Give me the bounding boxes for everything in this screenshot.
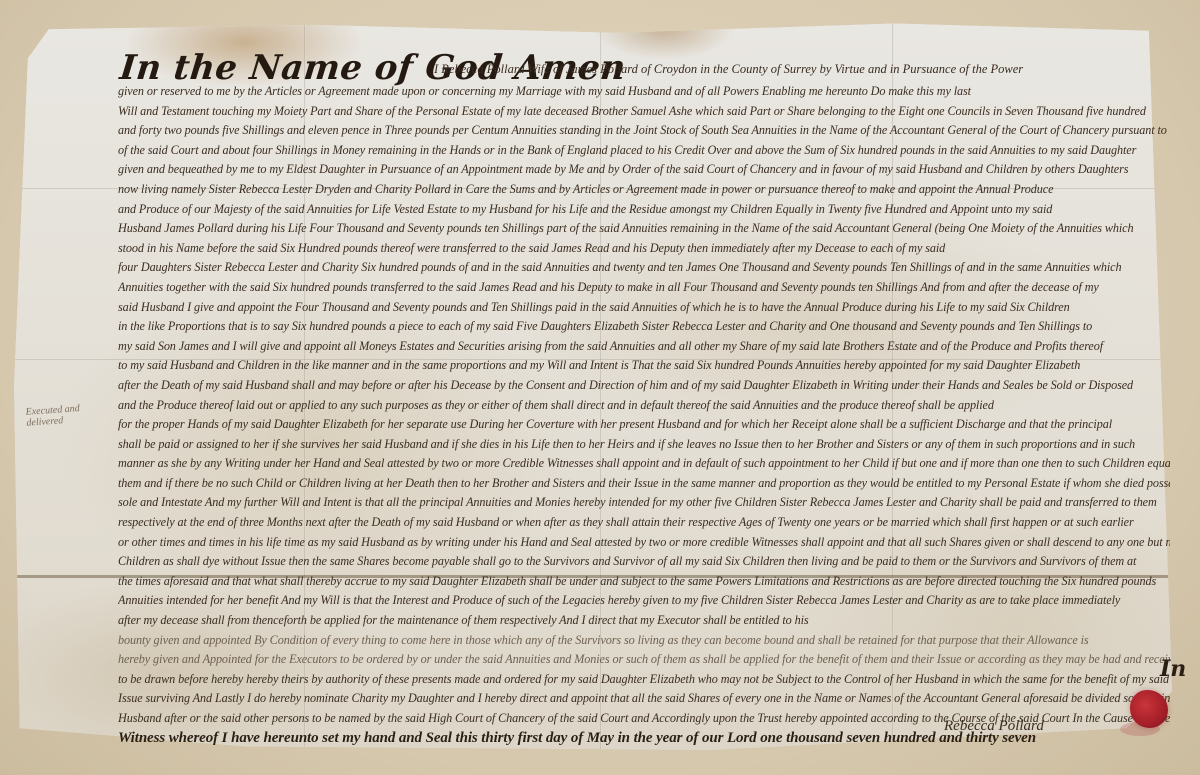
witness-clause: Witness whereof I have hereunto set my h…	[118, 730, 1036, 746]
text-line: hereby given and Appointed for the Execu…	[118, 650, 1170, 670]
text-line: after the Death of my said Husband shall…	[118, 376, 1170, 396]
text-line: to my said Husband and Children in the l…	[118, 356, 1170, 376]
text-line: Annuities together with the said Six hun…	[118, 278, 1170, 298]
text-line: shall be paid or assigned to her if she …	[118, 435, 1170, 455]
text-line: sole and Intestate And my further Will a…	[118, 493, 1170, 513]
text-line: and the Produce thereof laid out or appl…	[118, 396, 1170, 416]
wax-seal-icon	[1130, 690, 1168, 728]
text-line: four Daughters Sister Rebecca Lester and…	[118, 258, 1170, 278]
text-line: now living namely Sister Rebecca Lester …	[118, 180, 1170, 200]
opening-line: I Rebecca Pollard Wife of James Pollard …	[434, 62, 1164, 77]
text-line: and Produce of our Majesty of the said A…	[118, 200, 1170, 220]
signature: Rebecca Pollard	[944, 718, 1044, 735]
text-line: stood in his Name before the said Six Hu…	[118, 239, 1170, 259]
text-line: said Husband I give and appoint the Four…	[118, 298, 1170, 318]
text-line: my said Son James and I will give and ap…	[118, 337, 1170, 357]
text-line: of the said Court and about four Shillin…	[118, 141, 1170, 161]
text-line: for the proper Hands of my said Daughter…	[118, 415, 1170, 435]
text-line: or other times and times in his life tim…	[118, 533, 1170, 553]
text-line: Husband James Pollard during his Life Fo…	[118, 219, 1170, 239]
text-line: after my decease shall from thenceforth …	[118, 611, 1170, 631]
text-line: respectively at the end of three Months …	[118, 513, 1170, 533]
text-line: in the like Proportions that is to say S…	[118, 317, 1170, 337]
text-line: and forty two pounds five Shillings and …	[118, 121, 1170, 141]
text-line: manner as she by any Writing under her H…	[118, 454, 1170, 474]
text-line: Annuities intended for her benefit And m…	[118, 591, 1170, 611]
text-line: given or reserved to me by the Articles …	[118, 82, 1170, 102]
text-line: to be drawn before hereby hereby theirs …	[118, 670, 1170, 690]
text-line: the times aforesaid and that what shall …	[118, 572, 1170, 592]
text-line: Will and Testament touching my Moiety Pa…	[118, 102, 1170, 122]
text-line: Issue surviving And Lastly I do hereby n…	[118, 689, 1170, 709]
right-margin-mark: In	[1160, 656, 1186, 682]
text-line: bounty given and appointed By Condition …	[118, 631, 1170, 651]
text-line: them and if there be no such Child or Ch…	[118, 474, 1170, 494]
document-body: given or reserved to me by the Articles …	[118, 82, 1170, 748]
text-line: Children as shall dye without Issue then…	[118, 552, 1170, 572]
text-line: given and bequeathed by me to my Eldest …	[118, 160, 1170, 180]
